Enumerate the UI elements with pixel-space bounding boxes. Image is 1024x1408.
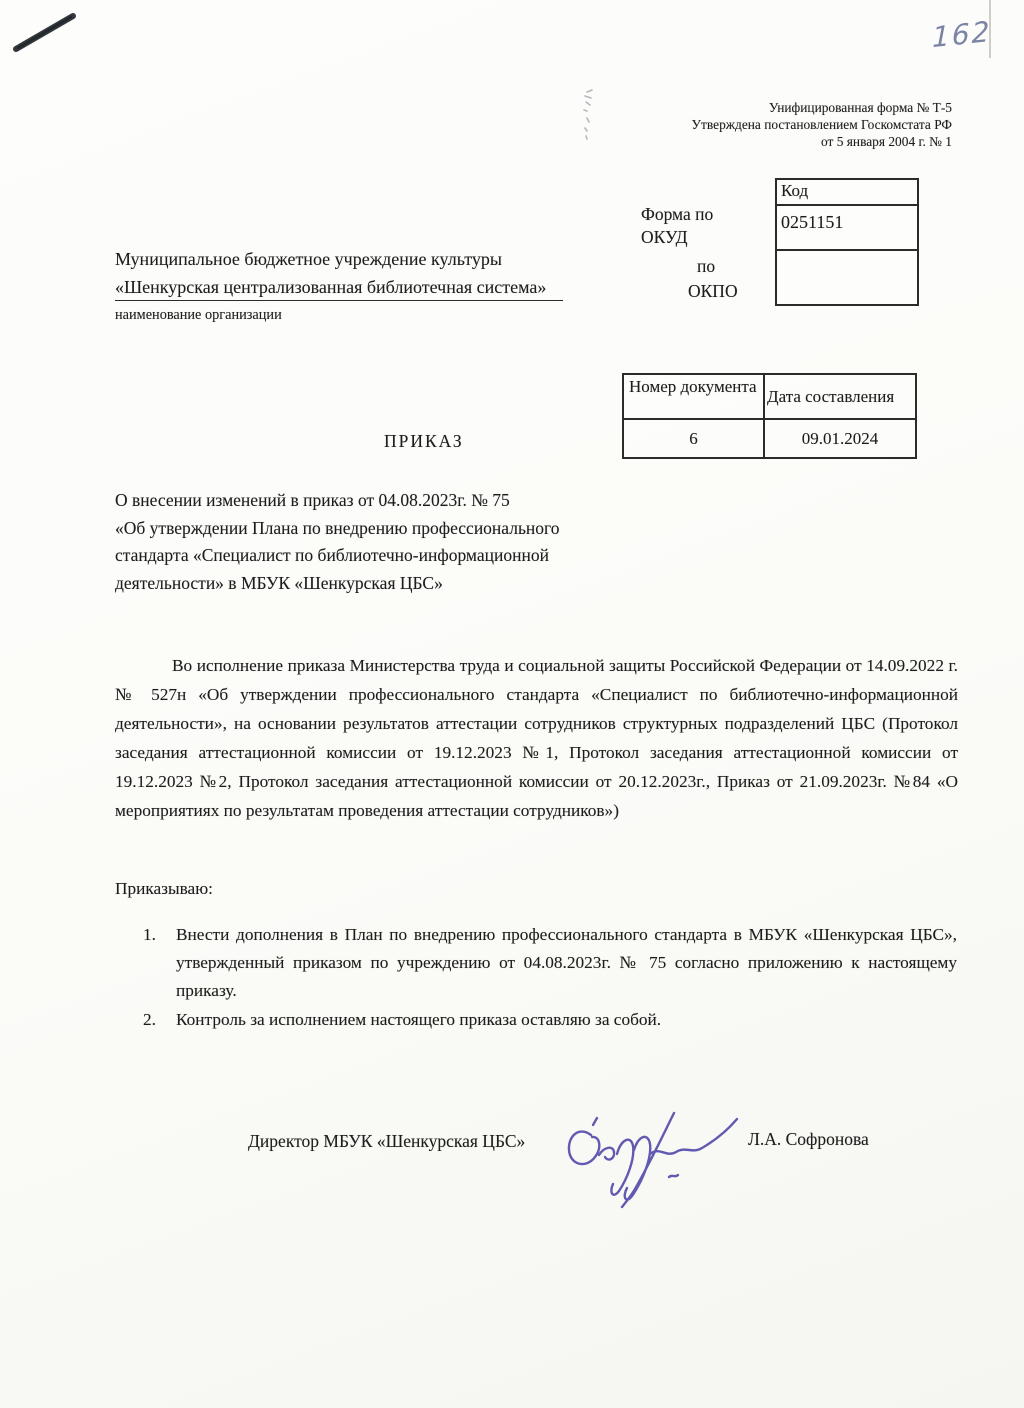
- form-reference-line: Утверждена постановлением Госкомстата РФ: [692, 116, 952, 133]
- forma-po-label: Форма по: [641, 203, 713, 226]
- handwritten-page-number: 162: [932, 15, 991, 54]
- list-item-number: 2.: [143, 1006, 176, 1034]
- scan-smudge-artifact: [578, 88, 600, 143]
- paper-edge-artifact: [989, 0, 991, 58]
- order-subject-block: О внесении изменений в приказ от 04.08.2…: [115, 487, 560, 597]
- list-item: 1. Внести дополнения в План по внедрению…: [143, 921, 957, 1005]
- scanned-document-page: 162 Унифицированная форма № Т-5 Утвержде…: [0, 0, 1024, 1408]
- doc-date-value-cell: 09.01.2024: [765, 420, 915, 457]
- organization-name-line1: Муниципальное бюджетное учреждение культ…: [115, 249, 502, 270]
- list-item-text: Контроль за исполнением настоящего прика…: [176, 1006, 957, 1034]
- form-reference-line: от 5 января 2004 г. № 1: [692, 133, 952, 150]
- po-label: по: [697, 256, 715, 277]
- signature-role-label: Директор МБУК «Шенкурская ЦБС»: [248, 1131, 525, 1152]
- signature-name: Л.А. Софронова: [748, 1129, 869, 1150]
- okud-label: ОКУД: [641, 226, 713, 249]
- doc-number-header-cell: Номер документа: [624, 375, 765, 420]
- order-items-list: 1. Внести дополнения в План по внедрению…: [143, 921, 957, 1035]
- doc-date-header-cell: Дата составления: [765, 375, 915, 420]
- okpo-label: ОКПО: [688, 281, 738, 302]
- document-number-date-table: Номер документа Дата составления 6 09.01…: [622, 373, 917, 459]
- list-item-number: 1.: [143, 921, 176, 1005]
- code-table: Код 0251151: [775, 178, 919, 306]
- organization-name-line2: «Шенкурская централизованная библиотечна…: [115, 277, 563, 301]
- order-subject-line: «Об утверждении Плана по внедрению профе…: [115, 515, 560, 543]
- order-subject-line: деятельности» в МБУК «Шенкурская ЦБС»: [115, 570, 560, 598]
- handwritten-signature: [563, 1103, 748, 1213]
- order-subject-line: стандарта «Специалист по библиотечно-инф…: [115, 542, 560, 570]
- order-title: ПРИКАЗ: [384, 431, 464, 452]
- form-reference-line: Унифицированная форма № Т-5: [692, 99, 952, 116]
- organization-name-underlined: «Шенкурская централизованная библиотечна…: [115, 277, 563, 301]
- okpo-code-cell: [777, 251, 917, 304]
- okud-code-cell: 0251151: [777, 206, 917, 251]
- list-item: 2. Контроль за исполнением настоящего пр…: [143, 1006, 957, 1034]
- doc-number-value-cell: 6: [624, 420, 765, 457]
- code-table-header: Код: [777, 180, 917, 206]
- form-reference-block: Унифицированная форма № Т-5 Утверждена п…: [692, 99, 952, 150]
- organization-caption: наименование организации: [115, 307, 282, 324]
- pen-stroke-artifact: [8, 8, 88, 58]
- order-subject-line: О внесении изменений в приказ от 04.08.2…: [115, 487, 560, 515]
- order-body-paragraph: Во исполнение приказа Министерства труда…: [115, 651, 958, 825]
- decree-intro: Приказываю:: [115, 879, 213, 899]
- list-item-text: Внести дополнения в План по внедрению пр…: [176, 921, 957, 1005]
- forma-po-okud-label: Форма по ОКУД: [641, 203, 713, 249]
